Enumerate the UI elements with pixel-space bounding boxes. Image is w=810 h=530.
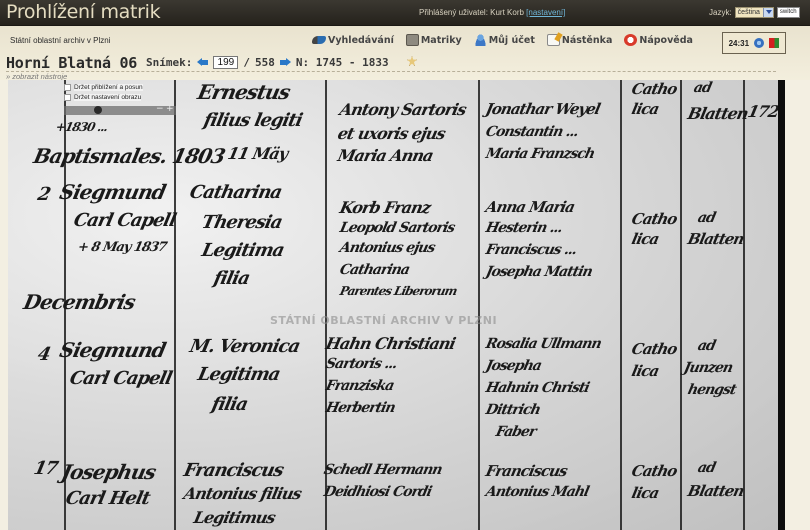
handwriting: Catharina (188, 182, 284, 203)
handwriting: Maria Anna (336, 146, 435, 165)
handwriting: M. Veronica (188, 336, 302, 357)
handwriting: Carl Capell (72, 210, 178, 231)
session-box: 24:31 (722, 32, 786, 54)
handwriting: Catho (630, 462, 678, 480)
language-label: Jazyk: (709, 8, 732, 17)
zoom-slider-handle[interactable] (94, 106, 102, 114)
app-title: Prohlížení matrik (6, 1, 160, 23)
handwriting: Decembris (21, 290, 137, 314)
column-rule (743, 80, 745, 530)
keep-settings-checkbox[interactable] (64, 94, 71, 101)
handwriting: +1830 ... (55, 120, 109, 134)
binoculars-icon (312, 36, 326, 44)
handwriting: Antonius ejus (338, 240, 436, 256)
handwriting: Leopold Sartoris (338, 220, 456, 236)
handwriting: ad (692, 80, 712, 96)
handwriting: Catho (630, 340, 678, 358)
nav-board-label: Nástěnka (562, 35, 613, 46)
nav-search[interactable]: Vyhledávání (312, 34, 394, 46)
handwriting: Siegmund (57, 338, 167, 362)
next-frame-arrow-icon[interactable] (280, 58, 291, 67)
handwriting: Blatten (686, 104, 750, 123)
image-tools-overlay: Držet přiblížení a posun Držet nastavení… (64, 84, 143, 104)
handwriting: Rosalia Ullmann (484, 336, 602, 352)
column-rule (680, 80, 682, 530)
handwriting: et uxoris ejus (336, 124, 447, 143)
frame-number-input[interactable] (213, 56, 238, 69)
handwriting: ad (696, 338, 716, 354)
handwriting: Junzen (682, 360, 733, 376)
handwriting: Legitima (196, 364, 282, 385)
handwriting: Deidhiosi Cordi (322, 484, 432, 500)
star-icon[interactable] (407, 56, 417, 66)
archive-watermark: STÁTNÍ OBLASTNÍ ARCHIV V PLZNI (270, 314, 497, 327)
settings-link[interactable]: [nastavení] (526, 8, 565, 17)
handwriting: 172 (746, 102, 780, 121)
handwriting: Jonathar Weyel (484, 100, 601, 118)
handwriting: lica (630, 362, 660, 380)
previous-frame-arrow-icon[interactable] (197, 58, 208, 67)
handwriting: Sartoris ... (324, 356, 398, 372)
handwriting: Josephus (59, 460, 157, 484)
logout-icon[interactable] (769, 38, 779, 48)
refresh-icon[interactable] (754, 38, 764, 48)
handwriting: Siegmund (57, 180, 167, 204)
language-selector: Jazyk: čeština switch (709, 7, 800, 18)
handwriting: Josepha Mattin (484, 264, 593, 280)
handwriting: 11 Mäy (226, 144, 289, 163)
page-title: Horní Blatná 06 (6, 54, 137, 72)
handwriting: ad (696, 460, 716, 476)
handwriting: lica (630, 230, 660, 248)
handwriting: Anna Maria (484, 198, 576, 216)
session-timer: 24:31 (729, 39, 749, 48)
handwriting: 17 (32, 458, 60, 479)
handwriting: Parentes Liberorum (339, 284, 458, 298)
handwriting: Catharina (338, 262, 410, 278)
handwriting: Antony Sartoris (338, 100, 468, 119)
handwriting: Dittrich (484, 402, 541, 418)
handwriting: Franciscus ... (484, 242, 578, 258)
nav-registers[interactable]: Matriky (406, 34, 462, 46)
handwriting: Ernestus (195, 80, 291, 104)
handwriting: Josepha (484, 358, 542, 374)
handwriting: Theresia (200, 212, 284, 233)
nav-my-account-label: Můj účet (489, 35, 535, 46)
handwriting: Maria Franzsch (484, 146, 595, 162)
handwriting: Carl Helt (64, 488, 152, 509)
handwriting: Schedl Hermann (322, 462, 443, 478)
switch-language-button[interactable]: switch (777, 7, 800, 18)
zoom-in-icon[interactable]: + (166, 104, 174, 114)
handwriting: filius legiti (202, 110, 304, 131)
nav-search-label: Vyhledávání (328, 35, 394, 46)
handwriting: Antonius filius (182, 484, 303, 503)
handwriting: Carl Capell (68, 368, 174, 389)
handwriting: lica (630, 484, 660, 502)
handwriting: Legitimus (192, 508, 277, 527)
user-label: Přihlášený uživatel: Kurt Korb (419, 8, 524, 17)
handwriting: Catho (630, 210, 678, 228)
language-select[interactable]: čeština (735, 7, 774, 18)
notepad-icon (547, 34, 560, 46)
nav-my-account[interactable]: Můj účet (474, 34, 535, 46)
zoom-slider[interactable]: − + (64, 106, 176, 115)
handwriting: + 8 May 1837 (76, 240, 167, 255)
logged-in-user: Přihlášený uživatel: Kurt Korb [nastaven… (419, 8, 565, 17)
keep-zoom-checkbox[interactable] (64, 84, 71, 91)
handwriting: Antonius Mahl (484, 484, 590, 500)
handwriting: Hesterin ... (484, 220, 563, 236)
keep-settings-option[interactable]: Držet nastavení obrazu (64, 94, 143, 101)
document-viewer[interactable]: +1830 ... Baptismales. 1803 Ernestus fil… (8, 80, 785, 530)
handwriting: Franziska (324, 378, 395, 394)
nav-help-label: Nápověda (639, 35, 693, 46)
column-rule (478, 80, 480, 530)
handwriting: Catho (630, 80, 678, 98)
lifebuoy-icon (624, 34, 637, 46)
handwriting: Legitima (200, 240, 286, 261)
folder-icon (406, 34, 419, 46)
handwriting: hengst (686, 382, 737, 398)
handwriting: Franciscus (182, 460, 285, 481)
archive-name: Státní oblastní archiv v Plzni (10, 36, 111, 45)
language-value: čeština (738, 9, 760, 16)
user-icon (474, 34, 487, 46)
keep-zoom-label: Držet přiblížení a posun (74, 84, 143, 91)
frame-total: 558 (255, 56, 275, 69)
frame-label: Snímek: (146, 56, 192, 69)
column-rule (620, 80, 622, 530)
handwriting: Constantin ... (484, 124, 579, 140)
header: Státní oblastní archiv v Plzni Vyhledává… (0, 26, 810, 80)
handwriting: Korb Franz (338, 198, 432, 217)
top-bar: Prohlížení matrik Přihlášený uživatel: K… (0, 0, 810, 26)
handwriting: Blatten (686, 230, 745, 248)
main-nav: Vyhledávání Matriky Můj účet Nástěnka Ná… (312, 34, 693, 46)
handwriting: filia (212, 268, 251, 289)
handwriting: Hahnin Christi (484, 380, 590, 396)
chevron-down-icon[interactable] (763, 8, 773, 17)
frame-separator: / (243, 56, 250, 69)
handwriting: Herbertin (324, 400, 396, 416)
divider (6, 71, 776, 72)
handwriting: Franciscus (484, 462, 569, 480)
handwriting: Faber (494, 424, 537, 440)
handwriting: Baptismales. 1803 (31, 144, 226, 168)
handwriting: ad (696, 210, 716, 226)
zoom-out-icon[interactable]: − (156, 104, 164, 114)
handwriting: filia (210, 394, 249, 415)
keep-settings-label: Držet nastavení obrazu (74, 94, 141, 101)
range-label: N: 1745 - 1833 (296, 56, 389, 69)
handwriting: Blatten (686, 482, 745, 500)
frame-navigation: Snímek: / 558 N: 1745 - 1833 (146, 56, 389, 69)
handwriting: Hahn Christiani (324, 334, 457, 353)
nav-help[interactable]: Nápověda (624, 34, 693, 46)
keep-zoom-option[interactable]: Držet přiblížení a posun (64, 84, 143, 91)
handwriting: lica (630, 100, 660, 118)
nav-board[interactable]: Nástěnka (547, 34, 613, 46)
nav-registers-label: Matriky (421, 35, 462, 46)
